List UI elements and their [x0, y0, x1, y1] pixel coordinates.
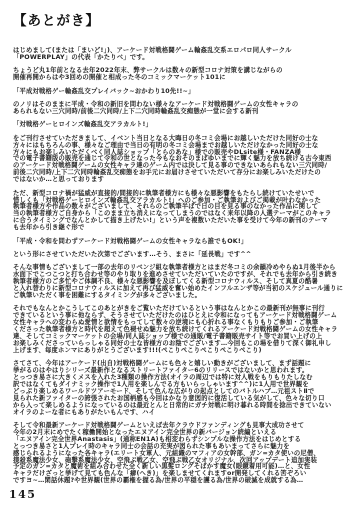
- body-paragraph: ちょうど丸1年前となる去年2022年末、弊サークルは数々の新型コロナ対策を講じな…: [13, 68, 357, 82]
- book-title-line: 「対戦格ゲーヒロインズ輪姦乱交アラカルト!」: [13, 122, 357, 129]
- body-paragraph: そんな事情もございまして一部の去年のリベンジ組な執筆者様方とはまだ冬コミの余韻冷…: [13, 265, 357, 300]
- body-paragraph: それでもなんとかこうしてこのあとがきをご覧いただけているという事はなんとかこの最…: [13, 306, 357, 354]
- book-title-line: 「平成対戦格ゲー輪姦乱交プレイバック~おかわり10先!!~」: [13, 89, 357, 96]
- theme-quote-line: 「平成・令和を問わずアーケード対戦格闘ゲームの女性キャラなら誰でもOK!」: [13, 239, 357, 246]
- body-paragraph: のノリはそのままに平成・令和の新旧を問わない様々なアーケード対戦格闘ゲームの女性…: [13, 102, 357, 116]
- page-title: 【あとがき】: [13, 9, 360, 29]
- body-paragraph: はじめまして(または「まいど!」)、アーケード対戦格闘ゲーム輪姦乱交系エロパロ同…: [13, 48, 357, 62]
- body-paragraph: という形にさせていただいた次第でございます…そう、まさに「延長戦」です^^: [13, 252, 357, 259]
- body-paragraph: そして令和最新アーケード対戦格闘ゲームといえば去年クラウドファンディングも見事大…: [13, 423, 357, 485]
- afterword-body: はじめまして(または「まいど!」)、アーケード対戦格闘ゲーム輪姦乱交系エロパロ同…: [13, 48, 357, 485]
- body-paragraph: ただ、新型コロナ禍が猛威が直接的/間接的に執筆者様方にも様々な悪影響をもたらし続…: [13, 191, 357, 232]
- page-number: 145: [9, 488, 36, 501]
- body-paragraph: をご刊行させていただきまして、イベント当日となる大晦日の冬コミ会場にお越しいただ…: [13, 136, 357, 184]
- afterword-page: 【あとがき】 はじめまして(または「まいど!」)、アーケード対戦格闘ゲーム輪姦乱…: [0, 0, 360, 508]
- body-paragraph: さてさて、今年はアーケード(出自)対戦格闘ゲームにも色々と嬉しい動きがございまし…: [13, 361, 357, 416]
